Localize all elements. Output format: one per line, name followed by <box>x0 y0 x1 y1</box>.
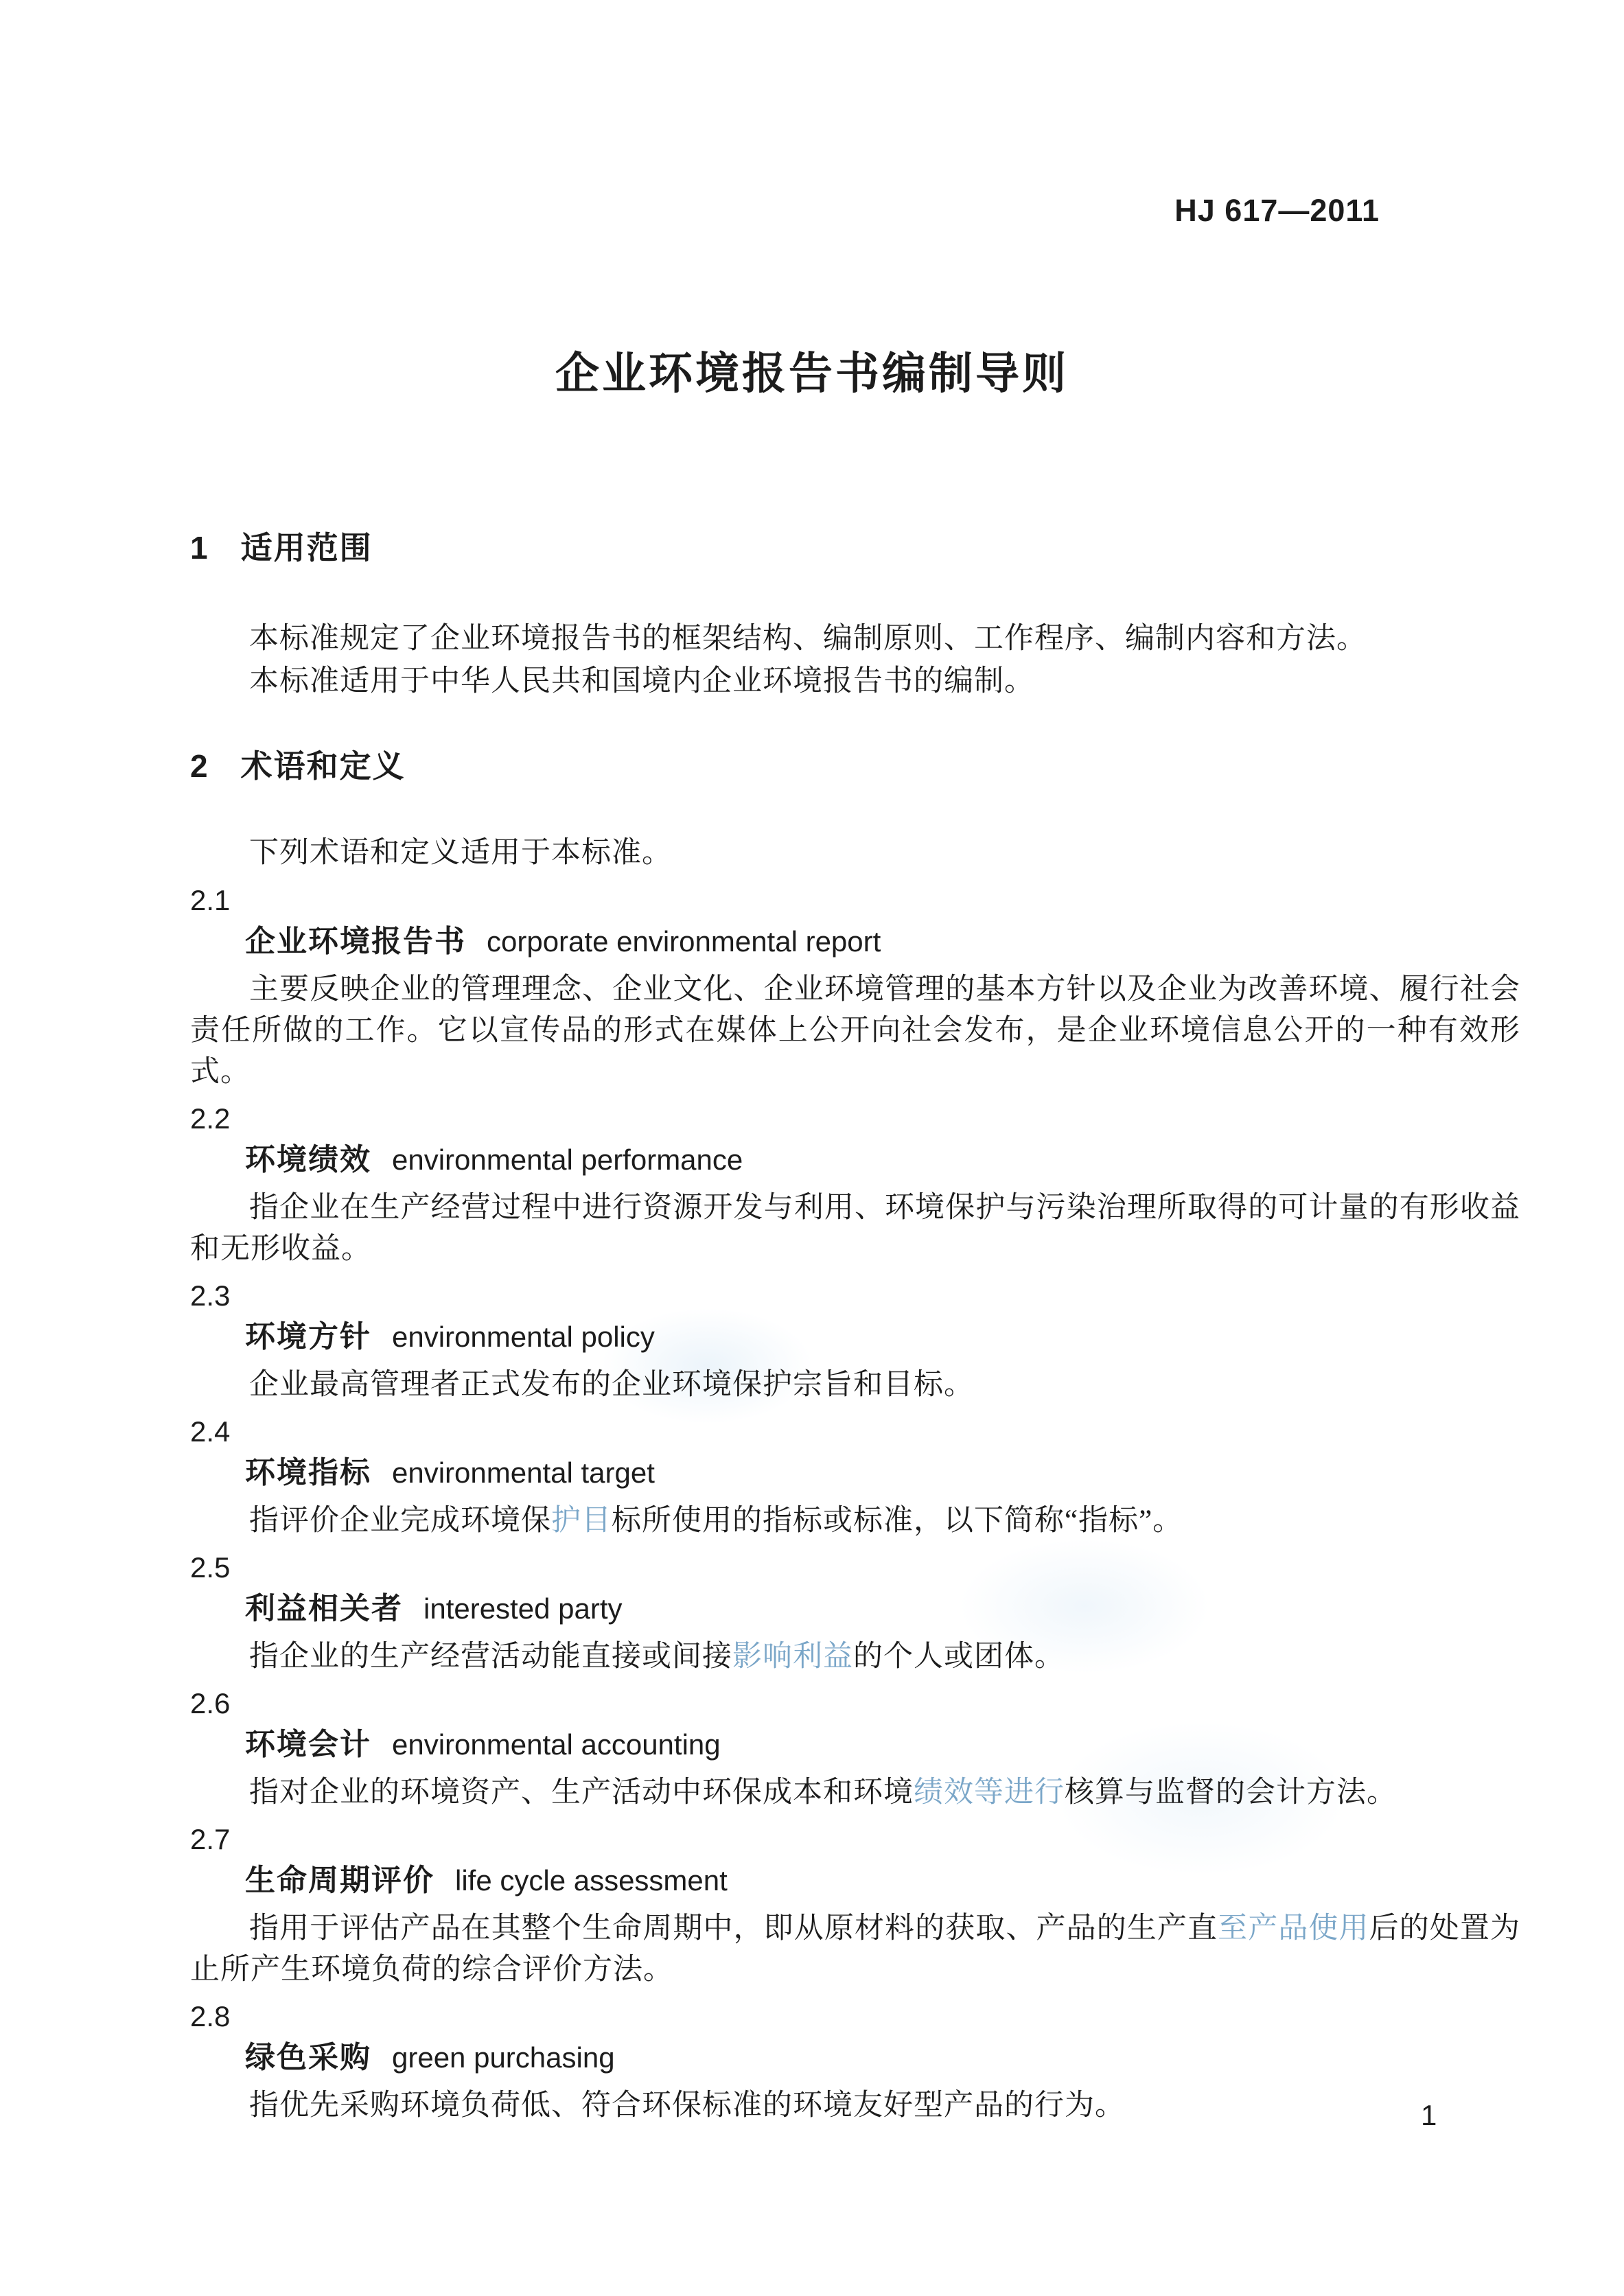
terms-intro: 下列术语和定义适用于本标准。 <box>190 832 1520 874</box>
definition-segment: 绩效等进行 <box>914 1776 1065 1809</box>
definition-segment: 指评价企业完成环境保 <box>249 1505 551 1537</box>
document-title: 企业环境报告书编制导则 <box>0 346 1624 401</box>
term-title-line: 环境方针environmental policy <box>190 1317 1520 1365</box>
section-2-heading: 2术语和定义 <box>190 748 1520 784</box>
term-title-line: 环境会计environmental accounting <box>190 1724 1520 1772</box>
term-title-line: 环境绩效environmental performance <box>190 1139 1520 1187</box>
section-2-number: 2 <box>190 748 208 784</box>
standard-number: HJ 617—2011 <box>0 0 1624 228</box>
section-1-heading: 1适用范围 <box>190 530 1520 566</box>
definition-segment: 影响利益 <box>732 1640 853 1673</box>
term-definition-block: 2.7 生命周期评价life cycle assessment 指用于评估产品在… <box>190 1819 1520 1991</box>
term-definition-text: 指对企业的环境资产、生产活动中环保成本和环境绩效等进行核算与监督的会计方法。 <box>190 1772 1520 1813</box>
term-chinese-label: 环境绩效 <box>245 1143 371 1176</box>
term-chinese-label: 环境方针 <box>245 1320 371 1354</box>
term-definition-text: 指企业在生产经营过程中进行资源开发与利用、环境保护与污染治理所取得的可计量的有形… <box>190 1187 1520 1270</box>
term-definition-text: 企业最高管理者正式发布的企业环境保护宗旨和目标。 <box>190 1365 1520 1406</box>
term-definition-block: 2.5 利益相关者interested party 指企业的生产经营活动能直接或… <box>190 1547 1520 1678</box>
term-chinese-label: 生命周期评价 <box>245 1864 434 1897</box>
term-definition-text: 指用于评估产品在其整个生命周期中，即从原材料的获取、产品的生产直至产品使用后的处… <box>190 1908 1520 1991</box>
definition-segment: 主要反映企业的管理理念、企业文化、企业环境管理的基本方针以及企业为改善环境、履行… <box>190 973 1520 1088</box>
term-title-line: 生命周期评价life cycle assessment <box>190 1860 1520 1908</box>
term-number: 2.1 <box>190 880 1520 921</box>
term-title-line: 利益相关者interested party <box>190 1588 1520 1636</box>
definition-segment: 的个人或团体。 <box>853 1640 1065 1673</box>
term-definition-text: 指企业的生产经营活动能直接或间接影响利益的个人或团体。 <box>190 1636 1520 1678</box>
definition-segment: 指对企业的环境资产、生产活动中环保成本和环境 <box>249 1776 914 1809</box>
term-number: 2.6 <box>190 1683 1520 1724</box>
term-english-label: green purchasing <box>392 2041 615 2074</box>
term-number: 2.8 <box>190 1996 1520 2037</box>
section-2-title: 术语和定义 <box>241 748 406 784</box>
section-1-title: 适用范围 <box>241 530 373 566</box>
term-number: 2.5 <box>190 1547 1520 1588</box>
definition-segment: 标所使用的指标或标准，以下简称“指标”。 <box>612 1505 1183 1537</box>
definition-segment: 企业最高管理者正式发布的企业环境保护宗旨和目标。 <box>249 1369 974 1401</box>
page-number: 1 <box>1421 2099 1437 2132</box>
term-definition-block: 2.8 绿色采购green purchasing 指优先采购环境负荷低、符合环保… <box>190 1996 1520 2126</box>
definition-segment: 核算与监督的会计方法。 <box>1065 1776 1397 1809</box>
term-chinese-label: 环境指标 <box>245 1456 371 1489</box>
term-definition-text: 指评价企业完成环境保护目标所使用的指标或标准，以下简称“指标”。 <box>190 1500 1520 1542</box>
term-definition-block: 2.6 环境会计environmental accounting 指对企业的环境… <box>190 1683 1520 1813</box>
definition-segment: 至产品使用 <box>1218 1912 1369 1945</box>
definition-segment: 指企业在生产经营过程中进行资源开发与利用、环境保护与污染治理所取得的可计量的有形… <box>190 1192 1520 1265</box>
definition-segment: 护目 <box>551 1505 612 1537</box>
term-english-label: environmental performance <box>392 1144 743 1176</box>
term-definition-block: 2.1 企业环境报告书corporate environmental repor… <box>190 880 1520 1093</box>
term-definition-text: 主要反映企业的管理理念、企业文化、企业环境管理的基本方针以及企业为改善环境、履行… <box>190 969 1520 1093</box>
term-chinese-label: 利益相关者 <box>245 1592 403 1625</box>
term-title-line: 绿色采购green purchasing <box>190 2037 1520 2085</box>
term-english-label: life cycle assessment <box>455 1864 728 1897</box>
definition-segment: 指用于评估产品在其整个生命周期中，即从原材料的获取、产品的生产直 <box>249 1912 1218 1945</box>
term-chinese-label: 环境会计 <box>245 1728 371 1761</box>
term-title-line: 环境指标environmental target <box>190 1452 1520 1500</box>
term-definition-block: 2.4 环境指标environmental target 指评价企业完成环境保护… <box>190 1411 1520 1542</box>
term-number: 2.2 <box>190 1098 1520 1139</box>
definition-segment: 指优先采购环境负荷低、符合环保标准的环境友好型产品的行为。 <box>249 2089 1125 2122</box>
term-number: 2.4 <box>190 1411 1520 1452</box>
term-chinese-label: 企业环境报告书 <box>245 925 466 958</box>
term-number: 2.3 <box>190 1275 1520 1317</box>
definition-segment: 指企业的生产经营活动能直接或间接 <box>249 1640 732 1673</box>
terms-list: 2.1 企业环境报告书corporate environmental repor… <box>190 880 1520 2126</box>
term-english-label: environmental target <box>392 1457 655 1489</box>
term-title-line: 企业环境报告书corporate environmental report <box>190 921 1520 969</box>
term-english-label: environmental policy <box>392 1321 655 1353</box>
scope-paragraph-2: 本标准适用于中华人民共和国境内企业环境报告书的编制。 <box>190 660 1520 703</box>
term-english-label: environmental accounting <box>392 1728 721 1761</box>
term-english-label: interested party <box>424 1592 623 1625</box>
term-chinese-label: 绿色采购 <box>245 2041 371 2074</box>
term-english-label: corporate environmental report <box>487 925 881 958</box>
section-1-number: 1 <box>190 530 208 566</box>
term-number: 2.7 <box>190 1819 1520 1860</box>
term-definition-block: 2.2 环境绩效environmental performance 指企业在生产… <box>190 1098 1520 1270</box>
term-definition-text: 指优先采购环境负荷低、符合环保标准的环境友好型产品的行为。 <box>190 2085 1520 2126</box>
term-definition-block: 2.3 环境方针environmental policy 企业最高管理者正式发布… <box>190 1275 1520 1406</box>
document-content: 1适用范围 本标准规定了企业环境报告书的框架结构、编制原则、工作程序、编制内容和… <box>0 530 1624 2126</box>
document-page: HJ 617—2011 企业环境报告书编制导则 1适用范围 本标准规定了企业环境… <box>0 0 1624 2296</box>
scope-paragraph-1: 本标准规定了企业环境报告书的框架结构、编制原则、工作程序、编制内容和方法。 <box>190 618 1520 660</box>
